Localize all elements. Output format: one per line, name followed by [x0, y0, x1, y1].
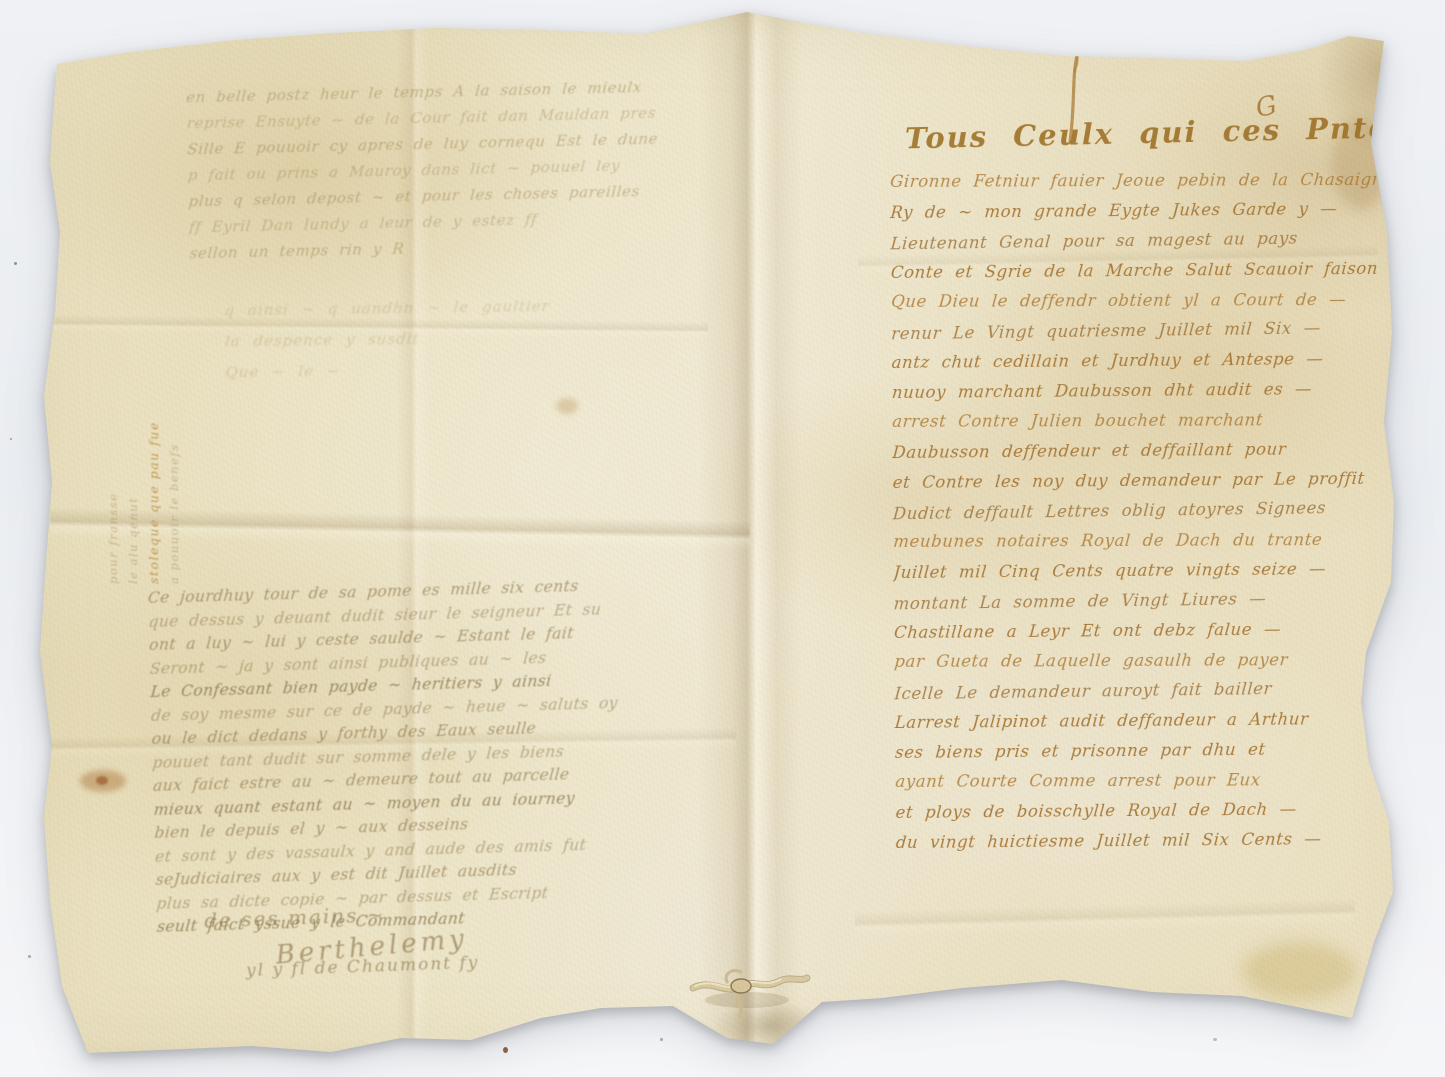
script-line: du vingt huictiesme Juillet mil Six Cent…: [895, 824, 1383, 858]
script-line: antz chut cedillain et Jurdhuy et Antesp…: [890, 344, 1378, 378]
script-line: nuuoy marchant Daubusson dht audit es —: [891, 374, 1379, 408]
script-line: ayant Courte Comme arrest pour Eux: [894, 765, 1382, 797]
signature-block: de ses mains ~ Berthelemy yl y fl de Cha…: [204, 892, 686, 983]
script-line: par Gueta de Laquelle gasaulh de payer: [893, 645, 1381, 677]
script-line-vertical: stoleque que pau fue: [146, 316, 161, 584]
small-stain: [556, 398, 578, 414]
photo-background: en belle postz heur le temps A la saison…: [0, 0, 1445, 1077]
script-line: Que Dieu le deffendr obtient yl a Court …: [890, 285, 1378, 317]
left-page-top-text-block: en belle postz heur le temps A la saison…: [186, 72, 755, 275]
left-page-faint-lines: q ainsi ~ q uandhn ~ le gaultier la desp…: [224, 289, 725, 396]
script-line: meubunes notaires Royal de Dach du trant…: [892, 525, 1380, 557]
script-line: Gironne Fetniur fauier Jeoue pebin de la…: [889, 165, 1377, 197]
left-page-lower-text-block: Ce jourdhuy tour de sa pome es mille six…: [148, 569, 807, 917]
rust-stain: [96, 776, 108, 785]
parchment-tie-knot: [683, 946, 815, 1024]
parchment-sheet: en belle postz heur le temps A la saison…: [0, 0, 1445, 1077]
yellow-stain: [1242, 942, 1357, 1000]
script-line: Chastillane a Leyr Et ont debz falue —: [893, 614, 1381, 648]
horizontal-crease: [855, 898, 1356, 937]
left-margin-vertical-annotation: pour fransse le alu qenut stoleque que p…: [106, 316, 202, 584]
script-line: Daubusson deffendeur et deffaillant pour: [891, 434, 1379, 468]
script-line: Dudict deffault Lettres oblig atoyres Si…: [892, 493, 1380, 530]
script-line: Conte et Sgrie de la Marche Salut Scauoi…: [890, 254, 1378, 288]
script-line: ses biens pris et prisonne par dhu et: [894, 734, 1382, 768]
script-line: Que ~ le ~: [224, 350, 727, 388]
script-line: arrest Contre Julien bouchet marchant: [891, 405, 1379, 437]
script-line-vertical: a pouuoir le benefs: [167, 316, 181, 584]
script-line: Larrest Jalipinot audit deffandeur a Art…: [894, 704, 1382, 738]
script-line-vertical: pour fransse: [106, 316, 120, 584]
script-line-vertical: le alu qenut: [126, 316, 140, 584]
parchment-shadow-wrap: en belle postz heur le temps A la saison…: [0, 0, 1445, 1077]
document-heading: Tous Ceulx qui ces Pntes ~: [905, 111, 1381, 156]
right-page-text-block: Gironne Fetniur fauier Jeoue pebin de la…: [890, 164, 1382, 868]
script-line: et ploys de boisschylle Royal de Dach —: [894, 794, 1382, 828]
